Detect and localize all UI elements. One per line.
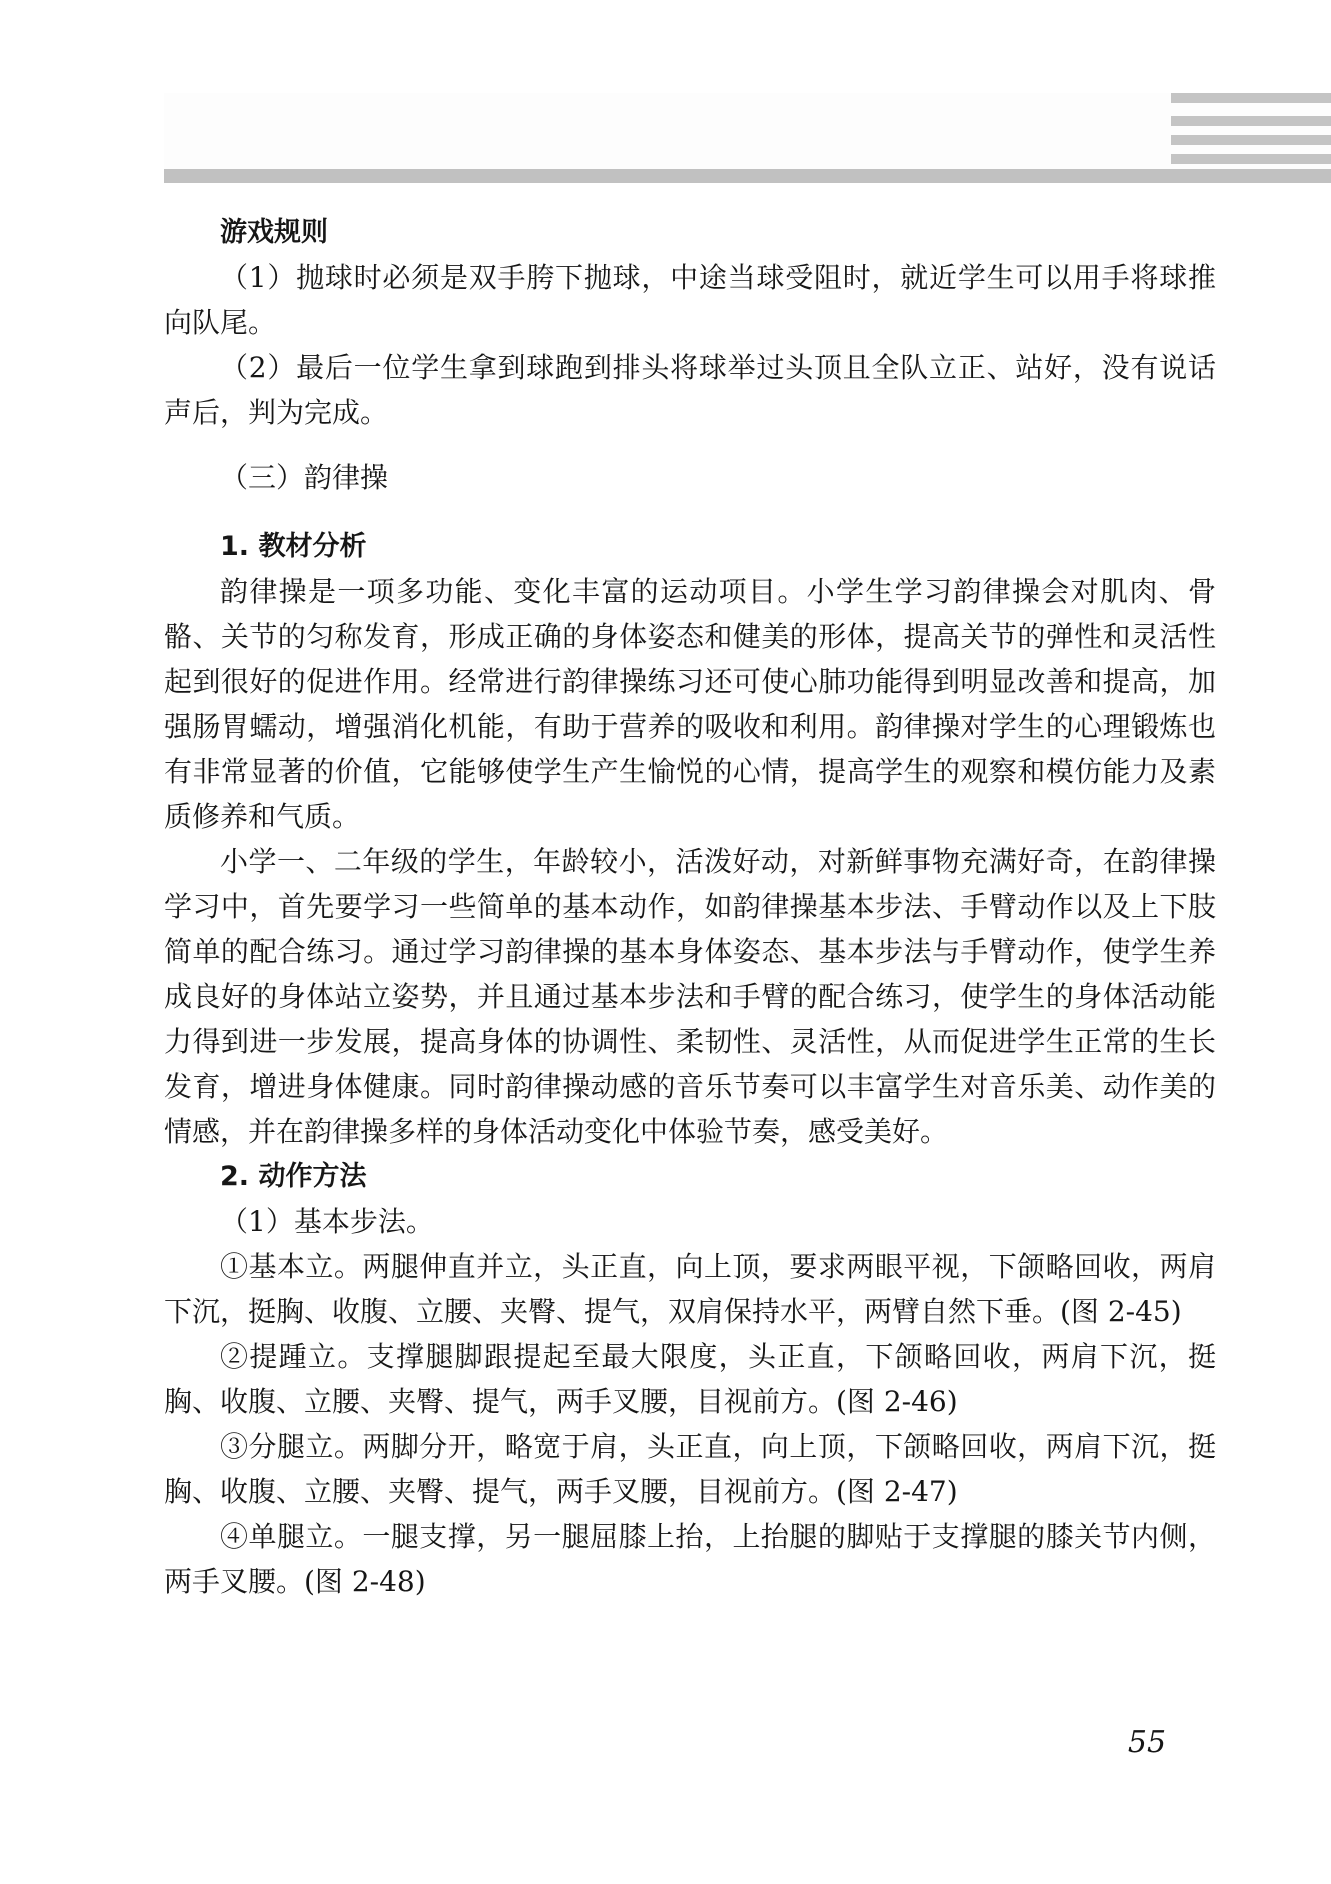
method-step: ①基本立。两腿伸直并立，头正直，向上顶，要求两眼平视，下颌略回收，两肩下沉，挺胸… (164, 1244, 1216, 1334)
method-intro: （1）基本步法。 (164, 1199, 1216, 1244)
action-method-heading: 2. 动作方法 (164, 1154, 1216, 1199)
header-stripe (1171, 135, 1331, 145)
header-stripe (1171, 116, 1331, 126)
analysis-paragraph: 韵律操是一项多功能、变化丰富的运动项目。小学生学习韵律操会对肌肉、骨骼、关节的匀… (164, 569, 1216, 839)
analysis-paragraph: 小学一、二年级的学生，年龄较小，活泼好动，对新鲜事物充满好奇，在韵律操学习中，首… (164, 839, 1216, 1154)
method-step: ③分腿立。两脚分开，略宽于肩，头正直，向上顶，下颌略回收，两肩下沉，挺胸、收腹、… (164, 1424, 1216, 1514)
header-stripe (1171, 93, 1331, 103)
material-analysis-heading: 1. 教材分析 (164, 524, 1216, 569)
header-bar (164, 169, 1331, 183)
header-stripe (1171, 154, 1331, 164)
method-step: ②提踵立。支撑腿脚跟提起至最大限度，头正直，下颌略回收，两肩下沉，挺胸、收腹、立… (164, 1334, 1216, 1424)
page-content: 游戏规则 （1）抛球时必须是双手胯下抛球，中途当球受阻时，就近学生可以用手将球推… (164, 210, 1216, 1604)
game-rules-heading: 游戏规则 (164, 210, 1216, 255)
game-rule-item: （1）抛球时必须是双手胯下抛球，中途当球受阻时，就近学生可以用手将球推向队尾。 (164, 255, 1216, 345)
section-heading: （三）韵律操 (164, 455, 1216, 500)
page-number: 55 (1122, 1726, 1172, 1760)
header-panel (164, 93, 1331, 169)
book-page: 游戏规则 （1）抛球时必须是双手胯下抛球，中途当球受阻时，就近学生可以用手将球推… (0, 0, 1331, 1884)
game-rule-item: （2）最后一位学生拿到球跑到排头将球举过头顶且全队立正、站好，没有说话声后，判为… (164, 345, 1216, 435)
method-step: ④单腿立。一腿支撑，另一腿屈膝上抬，上抬腿的脚贴于支撑腿的膝关节内侧，两手叉腰。… (164, 1514, 1216, 1604)
